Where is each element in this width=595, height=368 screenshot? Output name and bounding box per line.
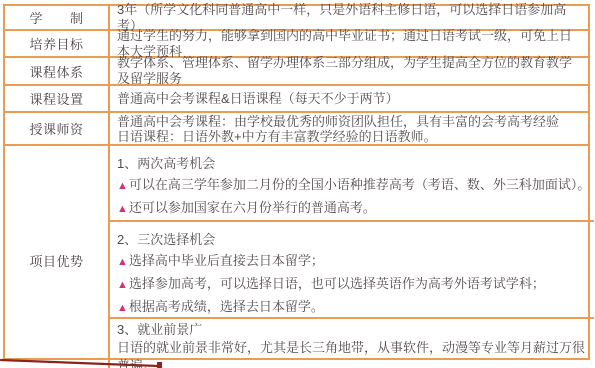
- faculty-line: 普通高中会考课程：由学校最优秀的师资团队担任，具有丰富的会考高考经验: [117, 114, 559, 129]
- page: 学 制 3年（所学文化科同普通高中一样，只是外语科主修日语，可以选择日语参加高考…: [0, 0, 595, 368]
- section-heading: 3、就业前景广: [117, 321, 590, 339]
- advantage-item: ▲选择高中毕业后直接去日本留学；: [117, 250, 590, 273]
- advantage-section-employment: 3、就业前景广 日语的就业前景非常好，尤其是长三角地带，从事软件，动漫等专业等月…: [110, 319, 594, 368]
- row-content: 通过学生的努力，能够拿到国内的高中毕业证书；通过日语考试一级，可免上日本大学预科: [110, 31, 588, 56]
- section-heading: 2、三次选择机会: [117, 229, 590, 250]
- triangle-bullet-icon: ▲: [117, 180, 128, 192]
- advantage-section-exam-chances: 1、两次高考机会 ▲可以在高三学年参加二月份的全国小语种推荐高考（考语、数、外三…: [110, 146, 594, 222]
- advantage-item-text: 可以在高三学年参加二月份的全国小语种推荐高考（考语、数、外三科加面试）。: [129, 177, 591, 192]
- triangle-bullet-icon: ▲: [117, 302, 128, 314]
- row-course-setup: 课程设置 普通高中会考课程&日语课程（每天不少于两节）: [5, 86, 588, 113]
- advantage-item: ▲选择参加高考，可以选择日语，也可以选择英语作为高考外语考试学科；: [117, 273, 590, 296]
- section-paragraph: 日语的就业前景非常好，尤其是长三角地带，从事软件，动漫等专业等月薪过万很普遍。: [117, 339, 590, 368]
- row-content: 普通高中会考课程：由学校最优秀的师资团队担任，具有丰富的会考高考经验 日语课程：…: [110, 113, 588, 144]
- program-info-table: 学 制 3年（所学文化科同普通高中一样，只是外语科主修日语，可以选择日语参加高考…: [3, 4, 590, 360]
- advantage-item: ▲还可以参加国家在六月份举行的普通高考。: [117, 197, 590, 220]
- triangle-bullet-icon: ▲: [117, 279, 128, 291]
- row-label: 课程体系: [5, 58, 110, 84]
- section-heading: 1、两次高考机会: [117, 153, 590, 174]
- advantage-item-text: 还可以参加国家在六月份举行的普通高考。: [129, 200, 376, 215]
- row-label: 课程设置: [5, 86, 110, 111]
- row-content: 教学体系、管理体系、留学办理体系三部分组成，为学生提高全方位的教育教学及留学服务: [110, 58, 588, 84]
- triangle-bullet-icon: ▲: [117, 256, 128, 268]
- advantage-item: ▲根据高考成绩，选择去日本留学。: [117, 296, 590, 319]
- advantage-section-choices: 2、三次选择机会 ▲选择高中毕业后直接去日本留学； ▲选择参加高考，可以选择日语…: [110, 222, 594, 319]
- row-content: 普通高中会考课程&日语课程（每天不少于两节）: [110, 86, 588, 111]
- row-label: 培养目标: [5, 31, 110, 56]
- row-label: 学 制: [5, 6, 110, 29]
- advantage-item: ▲可以在高三学年参加二月份的全国小语种推荐高考（考语、数、外三科加面试）。: [117, 174, 590, 197]
- faculty-line: 日语课程：日语外教+中方有丰富教学经验的日语教师。: [117, 129, 437, 144]
- row-faculty: 授课师资 普通高中会考课程：由学校最优秀的师资团队担任，具有丰富的会考高考经验 …: [5, 113, 588, 146]
- row-content: 3年（所学文化科同普通高中一样，只是外语科主修日语，可以选择日语参加高考）: [110, 6, 588, 29]
- advantage-item-text: 选择高中毕业后直接去日本留学；: [129, 253, 324, 268]
- row-course-system: 课程体系 教学体系、管理体系、留学办理体系三部分组成，为学生提高全方位的教育教学…: [5, 58, 588, 86]
- row-label: 授课师资: [5, 113, 110, 144]
- triangle-bullet-icon: ▲: [117, 203, 128, 215]
- row-advantages: 项目优势 1、两次高考机会 ▲可以在高三学年参加二月份的全国小语种推荐高考（考语…: [5, 146, 588, 368]
- advantage-item-text: 选择参加高考，可以选择日语，也可以选择英语作为高考外语考试学科；: [129, 276, 545, 291]
- row-training-goal: 培养目标 通过学生的努力，能够拿到国内的高中毕业证书；通过日语考试一级，可免上日…: [5, 31, 588, 58]
- advantage-item-text: 根据高考成绩，选择去日本留学。: [129, 299, 324, 314]
- row-label: 项目优势: [5, 146, 110, 368]
- advantages-content: 1、两次高考机会 ▲可以在高三学年参加二月份的全国小语种推荐高考（考语、数、外三…: [110, 146, 594, 368]
- bottom-accent-line: [0, 358, 170, 368]
